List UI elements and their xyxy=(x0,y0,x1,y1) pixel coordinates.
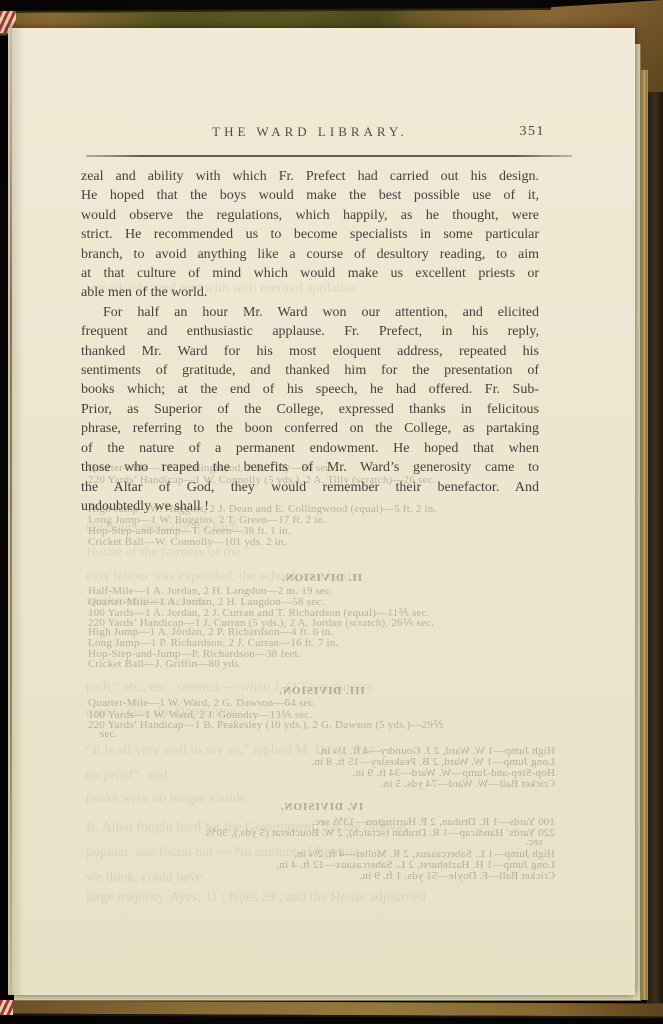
ghost-line: Cricket Ball—F. Doyle—51 yds. 1 ft. 9 in… xyxy=(359,870,555,882)
ghost-line: large majority. Ayes, 11 ; Noes 29 ; and… xyxy=(86,890,426,906)
headband-bottom xyxy=(0,1000,13,1015)
ghost-line: Hop-Step-and-Jump—W. Ward—34 ft. 9 in. xyxy=(352,767,555,779)
ghost-line: 220 Yards’ Handicap—1 J. Curran (5 yds.)… xyxy=(88,616,434,629)
ghost-heading: III. DIVISION. xyxy=(8,685,635,697)
ghost-line: popular, and found but — No amount of fi… xyxy=(86,845,363,861)
ghost-line: 100 Yards—1 W. Ward, 2 J. Goundry—13⅕ se… xyxy=(88,708,313,721)
text-line: able men of the world. xyxy=(81,283,539,302)
ghost-line: Quarter-Mile—1 W. Ward, 2 G. Dawson—64 s… xyxy=(88,697,316,709)
ghost-line: Cricket Ball—J. Griffin—80 yds. xyxy=(88,658,242,670)
text-line: the Altar of God, they would remember th… xyxy=(81,478,539,497)
gutter-crease xyxy=(10,28,12,995)
page-header: THE WARD LIBRARY. 351 xyxy=(81,124,539,144)
book-cover-right-edge xyxy=(646,92,663,1016)
book-photo: remarkable, and met with well merited ap… xyxy=(0,0,663,1024)
running-title: THE WARD LIBRARY. xyxy=(81,124,539,140)
ghost-heading: II. DIVISION. xyxy=(8,572,635,584)
text-line: branch, to avoid anything like a course … xyxy=(81,245,539,264)
ghost-line: sec. xyxy=(525,836,543,848)
text-line: strict. He recommended us to become spec… xyxy=(81,225,539,244)
header-rule xyxy=(86,155,572,157)
ghost-line: Long Jump—1 W. Ward, 2 B. Peakesley—15 f… xyxy=(311,756,555,768)
page-number: 351 xyxy=(520,124,546,140)
text-line: would observe the regulations, which hap… xyxy=(81,206,539,225)
text-line: at that culture of mind which would make… xyxy=(81,264,539,283)
ghost-line: Quarter-Mile—1 A. Jordan, 2 H. Langdon—5… xyxy=(88,596,324,608)
text-line: those who reaped the benefits of Mr. War… xyxy=(81,458,539,477)
ghost-heading: IV. DIVISION. xyxy=(8,801,635,813)
ghost-line: ever labour was expended, the school, th… xyxy=(86,569,361,585)
ghost-line: Long Jump—1 H. Hazlehurst, 2 L. Sabercas… xyxy=(276,859,555,871)
text-line: books which; at the end of his speech, h… xyxy=(81,380,539,399)
ghost-line: High Jump—1 A. Jordan, 2 P. Richardson—4… xyxy=(88,626,333,638)
ghost-line: Hop-Step-and-Jump—T. Green—38 ft. 1 in. xyxy=(88,525,291,537)
ghost-line: workmen themselves xyxy=(86,594,205,610)
ghost-line: House of the fairness of the xyxy=(86,545,240,561)
text-line: zeal and ability with which Fr. Prefect … xyxy=(81,167,539,186)
ghost-line: rose to take the Opposition xyxy=(86,705,237,721)
ghost-line: 100 Yards—1 A. Jordan, 2 J. Curran and T… xyxy=(88,606,430,619)
ghost-line: 220 Yards’ Handicap—1 B. Peakesley (10 y… xyxy=(88,718,444,731)
text-line: For half an hour Mr. Ward won our attent… xyxy=(81,303,539,322)
ghost-line: “It is all very well to say so,” replied… xyxy=(86,743,375,759)
paragraph: For half an hour Mr. Ward won our attent… xyxy=(81,303,539,516)
text-line: Prior, as Superior of the College, expre… xyxy=(81,400,539,419)
ghost-line: 100 Yards—1 R. Druhan, 2 P. Harrington—1… xyxy=(312,815,555,828)
ghost-line: Long Jump—1 P. Richardson, 2 J. Curran—1… xyxy=(88,637,338,649)
ghost-line: High Jump—1 W. Ward, 2 J. Goundry—4 ft. … xyxy=(318,745,555,757)
ghost-line: peaks were no longer visible. xyxy=(86,791,250,807)
text-line: frequent and enthusiastic applause. Fr. … xyxy=(81,322,539,341)
text-line: sentiments of gratitude, and thanked him… xyxy=(81,361,539,380)
ghost-line: Cricket Ball—W. Connolly—101 yds. 2 in. xyxy=(88,536,287,548)
text-line: thanked Mr. Ward for his most eloquent a… xyxy=(81,342,539,361)
text-line: He hoped that the boys would make the be… xyxy=(81,186,539,205)
text-line: phrase, referring to the boon conferred … xyxy=(81,419,539,438)
paragraph: zeal and ability with which Fr. Prefect … xyxy=(81,167,539,303)
ghost-line: 220 Yards’ Handicap—1 R. Druhan (scratch… xyxy=(206,826,555,839)
ghost-line: sec. xyxy=(100,728,118,740)
body-text: zeal and ability with which Fr. Prefect … xyxy=(81,167,539,516)
ghost-line: Hop-Step-and-Jump—P. Richardson—38 feet. xyxy=(88,648,301,660)
ghost-line: no proof”, and xyxy=(86,768,167,784)
ghost-line: High Jump—1 L. Sabercasaux, 2 R. Moller—… xyxy=(294,848,555,860)
text-line: undoubtedly we shall ! xyxy=(81,497,539,516)
ghost-line: Cricket Ball—W. Ward—74 yds. 5 in. xyxy=(380,778,555,790)
book-page: remarkable, and met with well merited ap… xyxy=(8,28,635,995)
ghost-line: ten hours annually for each xyxy=(86,520,238,536)
ghost-line: Half-Mile—1 A. Jordan, 2 H. Langdon—2 m.… xyxy=(88,585,333,597)
book-cover-bottom-edge xyxy=(0,1001,663,1019)
ghost-line: path,” etc., etc., seemed — when J. O’Sh… xyxy=(86,680,374,696)
ghost-line: we think, could have xyxy=(86,870,203,886)
text-line: of the nature of a permanent endowment. … xyxy=(81,439,539,458)
ghost-line: R. Allen fought hard for the Government,… xyxy=(86,820,408,836)
